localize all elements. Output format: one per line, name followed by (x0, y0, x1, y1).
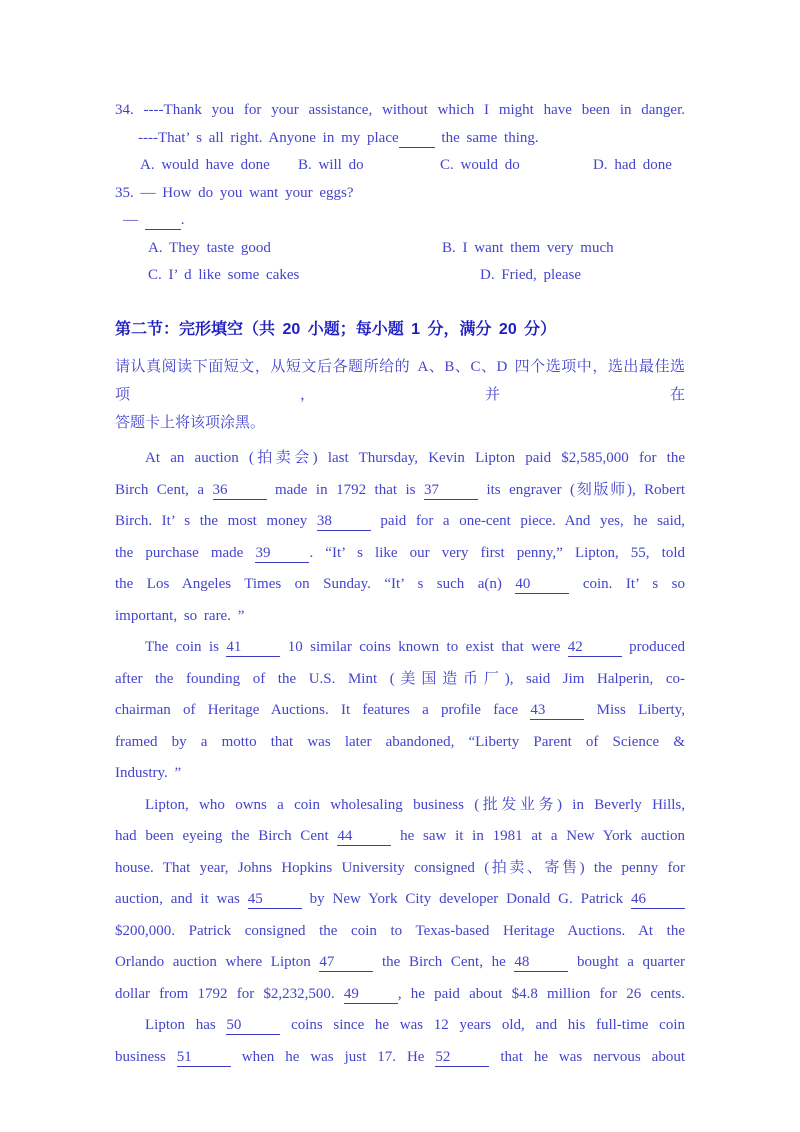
passage-line: framed by a motto that was later abandon… (115, 727, 685, 759)
question-35-line-2: — . (115, 207, 685, 235)
passage-line: chairman of Heritage Auctions. It featur… (115, 695, 685, 727)
passage-line: the purchase made 39. “It’ s like our ve… (115, 538, 685, 570)
cloze-blank-41: 41 (226, 639, 280, 657)
cloze-blank-39: 39 (255, 545, 309, 563)
option-a: A. They taste good (148, 235, 442, 263)
page-content: 34. ----Thank you for your assistance, w… (115, 97, 685, 1073)
section-instructions: 请认真阅读下面短文，从短文后各题所给的 A、B、C、D 四个选项中，选出最佳选项… (115, 353, 685, 437)
option-c: C. I’ d like some cakes (148, 262, 480, 290)
cloze-blank-49: 49 (344, 986, 398, 1004)
instruction-line: 答题卡上将该项涂黑。 (115, 409, 685, 437)
cloze-blank-48: 48 (514, 954, 568, 972)
answer-blank (399, 130, 435, 148)
passage-line: auction, and it was 45 by New York City … (115, 884, 685, 916)
passage-line: At an auction (拍卖会) last Thursday, Kevin… (115, 443, 685, 475)
passage-line: important, so rare. ” (115, 601, 685, 633)
question-number: 35. (115, 185, 134, 201)
answer-blank (145, 212, 181, 230)
passage-line: Industry. ” (115, 758, 685, 790)
question-34-line-2: ----That’ s all right. Anyone in my plac… (115, 125, 685, 153)
cloze-blank-42: 42 (568, 639, 622, 657)
cloze-blank-50: 50 (226, 1017, 280, 1035)
cloze-blank-45: 45 (248, 891, 302, 909)
passage-line: house. That year, Johns Hopkins Universi… (115, 853, 685, 885)
option-b: B. will do (298, 152, 440, 180)
cloze-blank-47: 47 (319, 954, 373, 972)
passage-line: Lipton has 50 coins since he was 12 year… (115, 1010, 685, 1042)
question-text: — How do you want your eggs? (141, 185, 354, 201)
question-35-line-1: 35. — How do you want your eggs? (115, 180, 685, 208)
question-number: 34. (115, 102, 134, 118)
question-35-options-row-1: A. They taste good B. I want them very m… (115, 235, 685, 263)
passage-line: Birch Cent, a 36 made in 1792 that is 37… (115, 475, 685, 507)
passage-line: had been eyeing the Birch Cent 44 he saw… (115, 821, 685, 853)
passage-line: Orlando auction where Lipton 47 the Birc… (115, 947, 685, 979)
question-34-block: 34. ----Thank you for your assistance, w… (115, 97, 685, 180)
question-34-line-1: 34. ----Thank you for your assistance, w… (115, 97, 685, 125)
option-c: C. would do (440, 152, 593, 180)
cloze-blank-37: 37 (424, 482, 478, 500)
passage: At an auction (拍卖会) last Thursday, Kevin… (115, 443, 685, 1073)
question-34-options: A. would have done B. will do C. would d… (115, 152, 685, 180)
passage-line: the Los Angeles Times on Sunday. “It’ s … (115, 569, 685, 601)
exam-page: 34. ----Thank you for your assistance, w… (0, 0, 800, 1132)
cloze-blank-43: 43 (530, 702, 584, 720)
cloze-blank-46: 46 (631, 891, 685, 909)
option-a: A. would have done (140, 152, 298, 180)
cloze-blank-44: 44 (337, 828, 391, 846)
cloze-blank-36: 36 (213, 482, 267, 500)
cloze-blank-52: 52 (435, 1049, 489, 1067)
passage-line: dollar from 1792 for $2,232,500. 49, he … (115, 979, 685, 1011)
passage-line: The coin is 41 10 similar coins known to… (115, 632, 685, 664)
option-b: B. I want them very much (442, 235, 614, 263)
section-heading: 第二节：完形填空（共 20 小题；每小题 1 分，满分 20 分） (115, 316, 685, 344)
option-d: D. had done (593, 152, 672, 180)
question-35-block: 35. — How do you want your eggs? — . A. … (115, 180, 685, 290)
instruction-line: 请认真阅读下面短文，从短文后各题所给的 A、B、C、D 四个选项中，选出最佳选项… (115, 353, 685, 409)
cloze-blank-38: 38 (317, 513, 371, 531)
option-d: D. Fried, please (480, 262, 581, 290)
passage-line: after the founding of the U.S. Mint (美国造… (115, 664, 685, 696)
question-35-options-row-2: C. I’ d like some cakes D. Fried, please (115, 262, 685, 290)
passage-line: Birch. It’ s the most money 38 paid for … (115, 506, 685, 538)
passage-line: Lipton, who owns a coin wholesaling busi… (115, 790, 685, 822)
cloze-blank-51: 51 (177, 1049, 231, 1067)
question-text: ----Thank you for your assistance, witho… (144, 102, 685, 118)
cloze-blank-40: 40 (515, 576, 569, 594)
passage-line: $200,000. Patrick consigned the coin to … (115, 916, 685, 948)
passage-line: business 51 when he was just 17. He 52 t… (115, 1042, 685, 1074)
